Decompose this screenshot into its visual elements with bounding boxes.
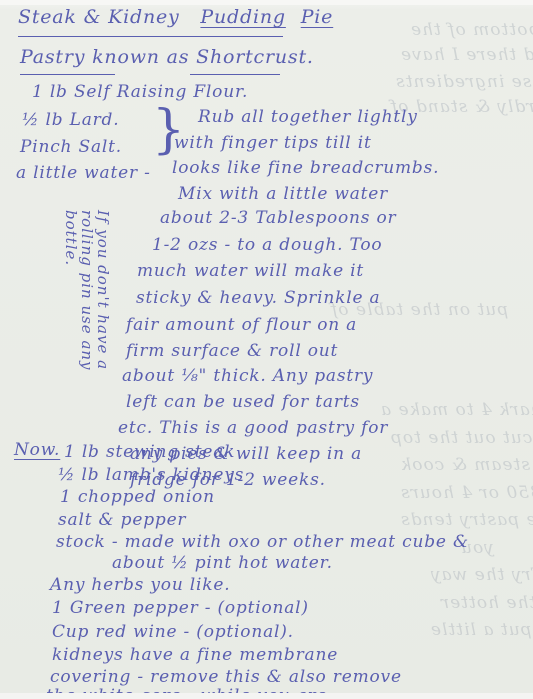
bleed-through-text: along the bottom of the: [410, 20, 533, 40]
ingredient-lard: ½ lb Lard.: [22, 110, 119, 130]
bleed-through-text: the hotter: [440, 593, 533, 613]
filling-ingredient: 1 chopped onion: [60, 487, 215, 507]
filling-ingredient: 1 Green pepper - (optional): [52, 598, 309, 618]
filling-ingredient: salt & pepper: [58, 510, 186, 530]
filling-ingredient: ½ lb lamb's kidneys: [58, 465, 244, 485]
filling-ingredient: Cup red wine - (optional).: [52, 622, 294, 642]
pastry-heading-underline: [20, 74, 115, 75]
bleed-through-text: a gas mark 4 to make a: [380, 400, 533, 420]
method-line: 1-2 ozs - to a dough. Too: [152, 235, 382, 255]
method-line: looks like fine breadcrumbs.: [172, 158, 439, 178]
margin-note-line: If you don't have a: [94, 210, 112, 370]
method-line: about ⅛" thick. Any pastry: [122, 366, 373, 386]
method-line: much water will make it: [137, 261, 364, 281]
method-line: Rub all together lightly: [198, 107, 418, 127]
bleed-through-text: steam & cook: [400, 455, 530, 475]
bleed-through-text: about 350 or 4 hours: [400, 483, 533, 503]
paper-top-edge: [0, 0, 533, 5]
filling-ingredient: kidneys have a fine membrane: [52, 645, 338, 665]
recipe-title: Steak & Kidney Pudding Pie: [18, 6, 333, 28]
filling-ingredient: about ½ pint hot water.: [112, 553, 333, 573]
filling-ingredient: covering - remove this & also remove: [50, 667, 402, 687]
filling-label: Now.: [14, 440, 60, 460]
ingredient-salt: Pinch Salt.: [20, 137, 122, 157]
margin-note-line: rolling pin use any: [78, 210, 96, 371]
bleed-through-text: the falsehood there I have: [400, 45, 533, 65]
pastry-heading: Pastry known as Shortcrust.: [20, 46, 314, 68]
title-part-pudding: Pudding: [200, 6, 285, 28]
filling-ingredient: 1 lb stewing steak: [64, 442, 235, 462]
method-line: with finger tips till it: [174, 133, 372, 153]
shortcrust-underline: [190, 74, 280, 75]
title-underline: [18, 36, 283, 37]
method-line: firm surface & roll out: [126, 341, 338, 361]
paper-bottom-edge: [0, 693, 533, 699]
method-line: sticky & heavy. Sprinkle a: [136, 288, 380, 308]
title-part-steak-kidney: Steak & Kidney: [18, 6, 180, 28]
bleed-through-text: Try the way: [430, 565, 533, 585]
margin-note-line: bottle.: [62, 210, 80, 266]
bleed-through-text: cut out the top: [390, 428, 532, 448]
method-line: Mix with a little water: [178, 184, 388, 204]
ingredient-water: a little water -: [16, 163, 151, 183]
method-line: etc. This is a good pastry for: [118, 418, 388, 438]
ingredient-flour: 1 lb Self Raising Flour.: [32, 82, 248, 102]
method-line: left can be used for tarts: [126, 392, 360, 412]
method-line: about 2-3 Tablespoons or: [160, 208, 396, 228]
bleed-through-text: the pastry tends: [400, 510, 533, 530]
bleed-through-text: even these ingredients: [395, 72, 533, 92]
method-line: fair amount of flour on a: [126, 315, 357, 335]
filling-ingredient: Any herbs you like.: [50, 575, 230, 595]
filling-ingredient: stock - made with oxo or other meat cube…: [56, 532, 469, 552]
handwritten-recipe-page: along the bottom of the the falsehood th…: [0, 0, 533, 699]
title-part-pie: Pie: [301, 6, 334, 28]
bleed-through-text: put a little: [430, 620, 532, 640]
